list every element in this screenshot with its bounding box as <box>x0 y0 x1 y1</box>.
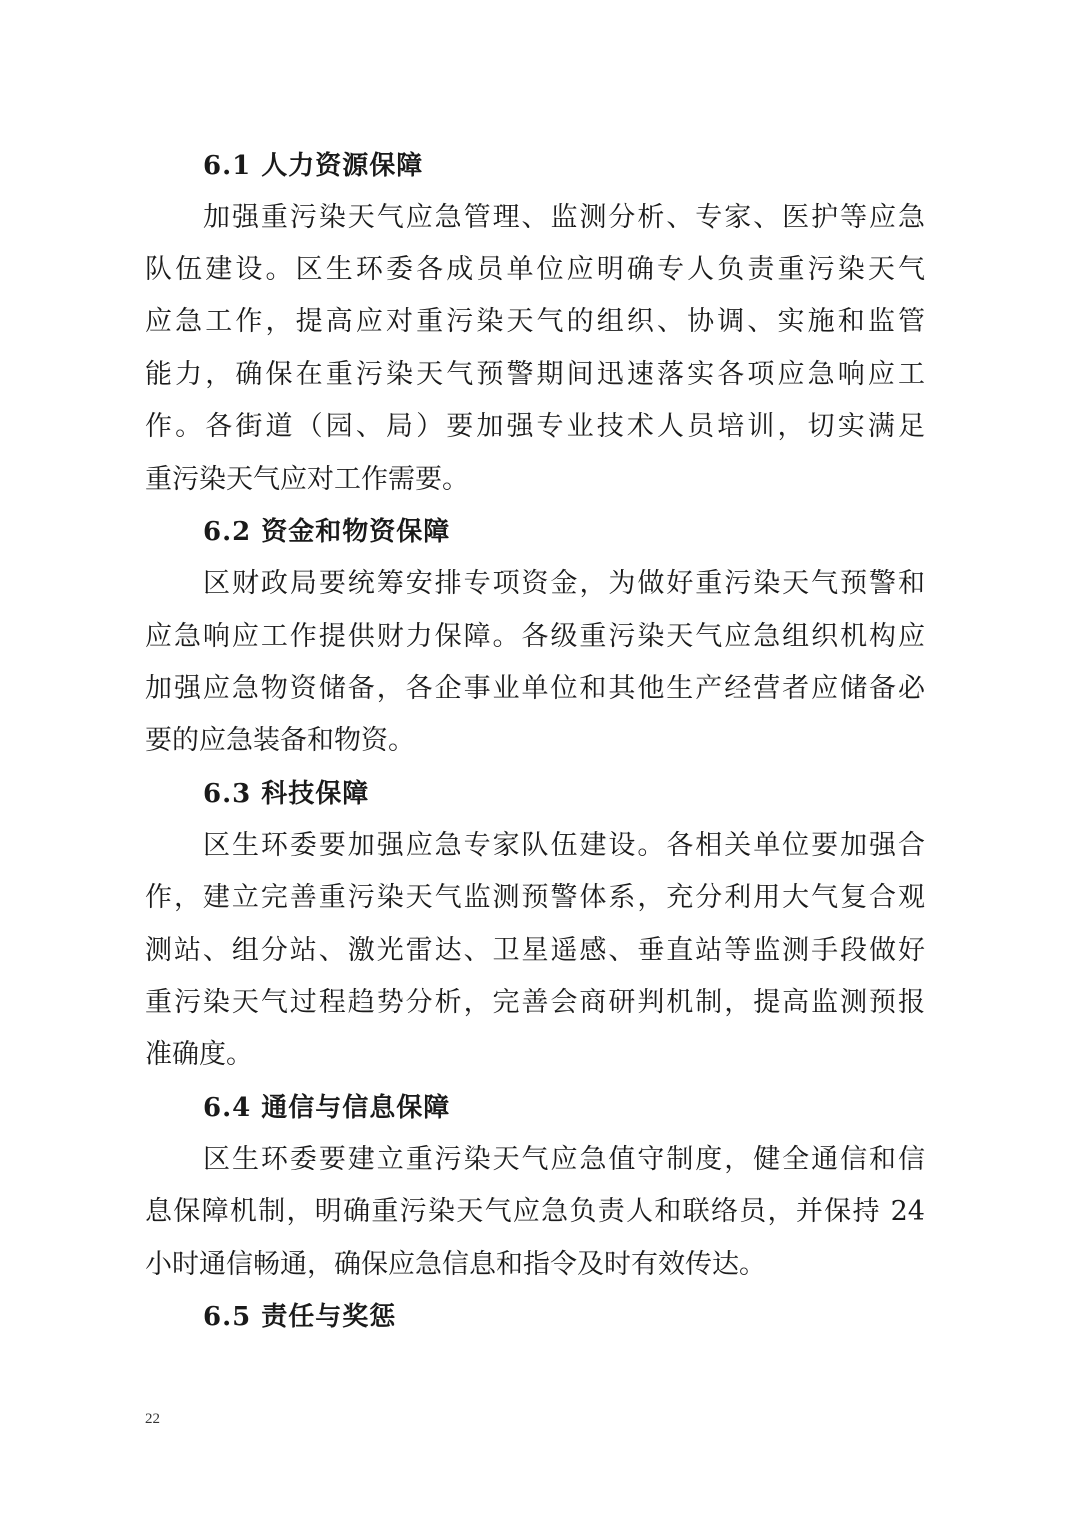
paragraph-line: 应急工作，提高应对重污染天气的组织、协调、实施和监管 <box>145 302 925 342</box>
paragraph-line: 小时通信畅通，确保应急信息和指令及时有效传达。 <box>145 1245 925 1285</box>
paragraph-line: 重污染天气应对工作需要。 <box>145 460 925 500</box>
paragraph-line: 应急响应工作提供财力保障。各级重污染天气应急组织机构应 <box>145 617 925 657</box>
page-number: 22 <box>145 1411 160 1428</box>
section-heading-6-2: 6.2 资金和物资保障 <box>203 512 450 552</box>
paragraph-line: 作。各街道（园、局）要加强专业技术人员培训，切实满足 <box>145 407 925 447</box>
paragraph-line: 加强应急物资储备，各企事业单位和其他生产经营者应储备必 <box>145 669 925 709</box>
paragraph-line: 重污染天气过程趋势分析，完善会商研判机制，提高监测预报 <box>145 983 925 1023</box>
paragraph-line: 准确度。 <box>145 1035 925 1075</box>
section-heading-6-1: 6.1 人力资源保障 <box>203 146 423 186</box>
paragraph-line: 测站、组分站、激光雷达、卫星遥感、垂直站等监测手段做好 <box>145 931 925 971</box>
section-heading-6-5: 6.5 责任与奖惩 <box>203 1297 396 1337</box>
paragraph-line: 区财政局要统筹安排专项资金，为做好重污染天气预警和 <box>203 564 925 604</box>
paragraph-line: 要的应急装备和物资。 <box>145 721 925 761</box>
section-heading-6-3: 6.3 科技保障 <box>203 774 369 814</box>
paragraph-line: 区生环委要建立重污染天气应急值守制度，健全通信和信 <box>203 1140 925 1180</box>
paragraph-line: 加强重污染天气应急管理、监测分析、专家、医护等应急 <box>203 198 925 238</box>
section-heading-6-4: 6.4 通信与信息保障 <box>203 1088 450 1128</box>
paragraph-line: 息保障机制，明确重污染天气应急负责人和联络员，并保持 24 <box>145 1192 925 1232</box>
paragraph-line: 队伍建设。区生环委各成员单位应明确专人负责重污染天气 <box>145 250 925 290</box>
paragraph-line: 区生环委要加强应急专家队伍建设。各相关单位要加强合 <box>203 826 925 866</box>
paragraph-line: 能力，确保在重污染天气预警期间迅速落实各项应急响应工 <box>145 355 925 395</box>
document-page: 6.1 人力资源保障 加强重污染天气应急管理、监测分析、专家、医护等应急 队伍建… <box>0 0 1074 1520</box>
paragraph-line: 作，建立完善重污染天气监测预警体系，充分利用大气复合观 <box>145 878 925 918</box>
